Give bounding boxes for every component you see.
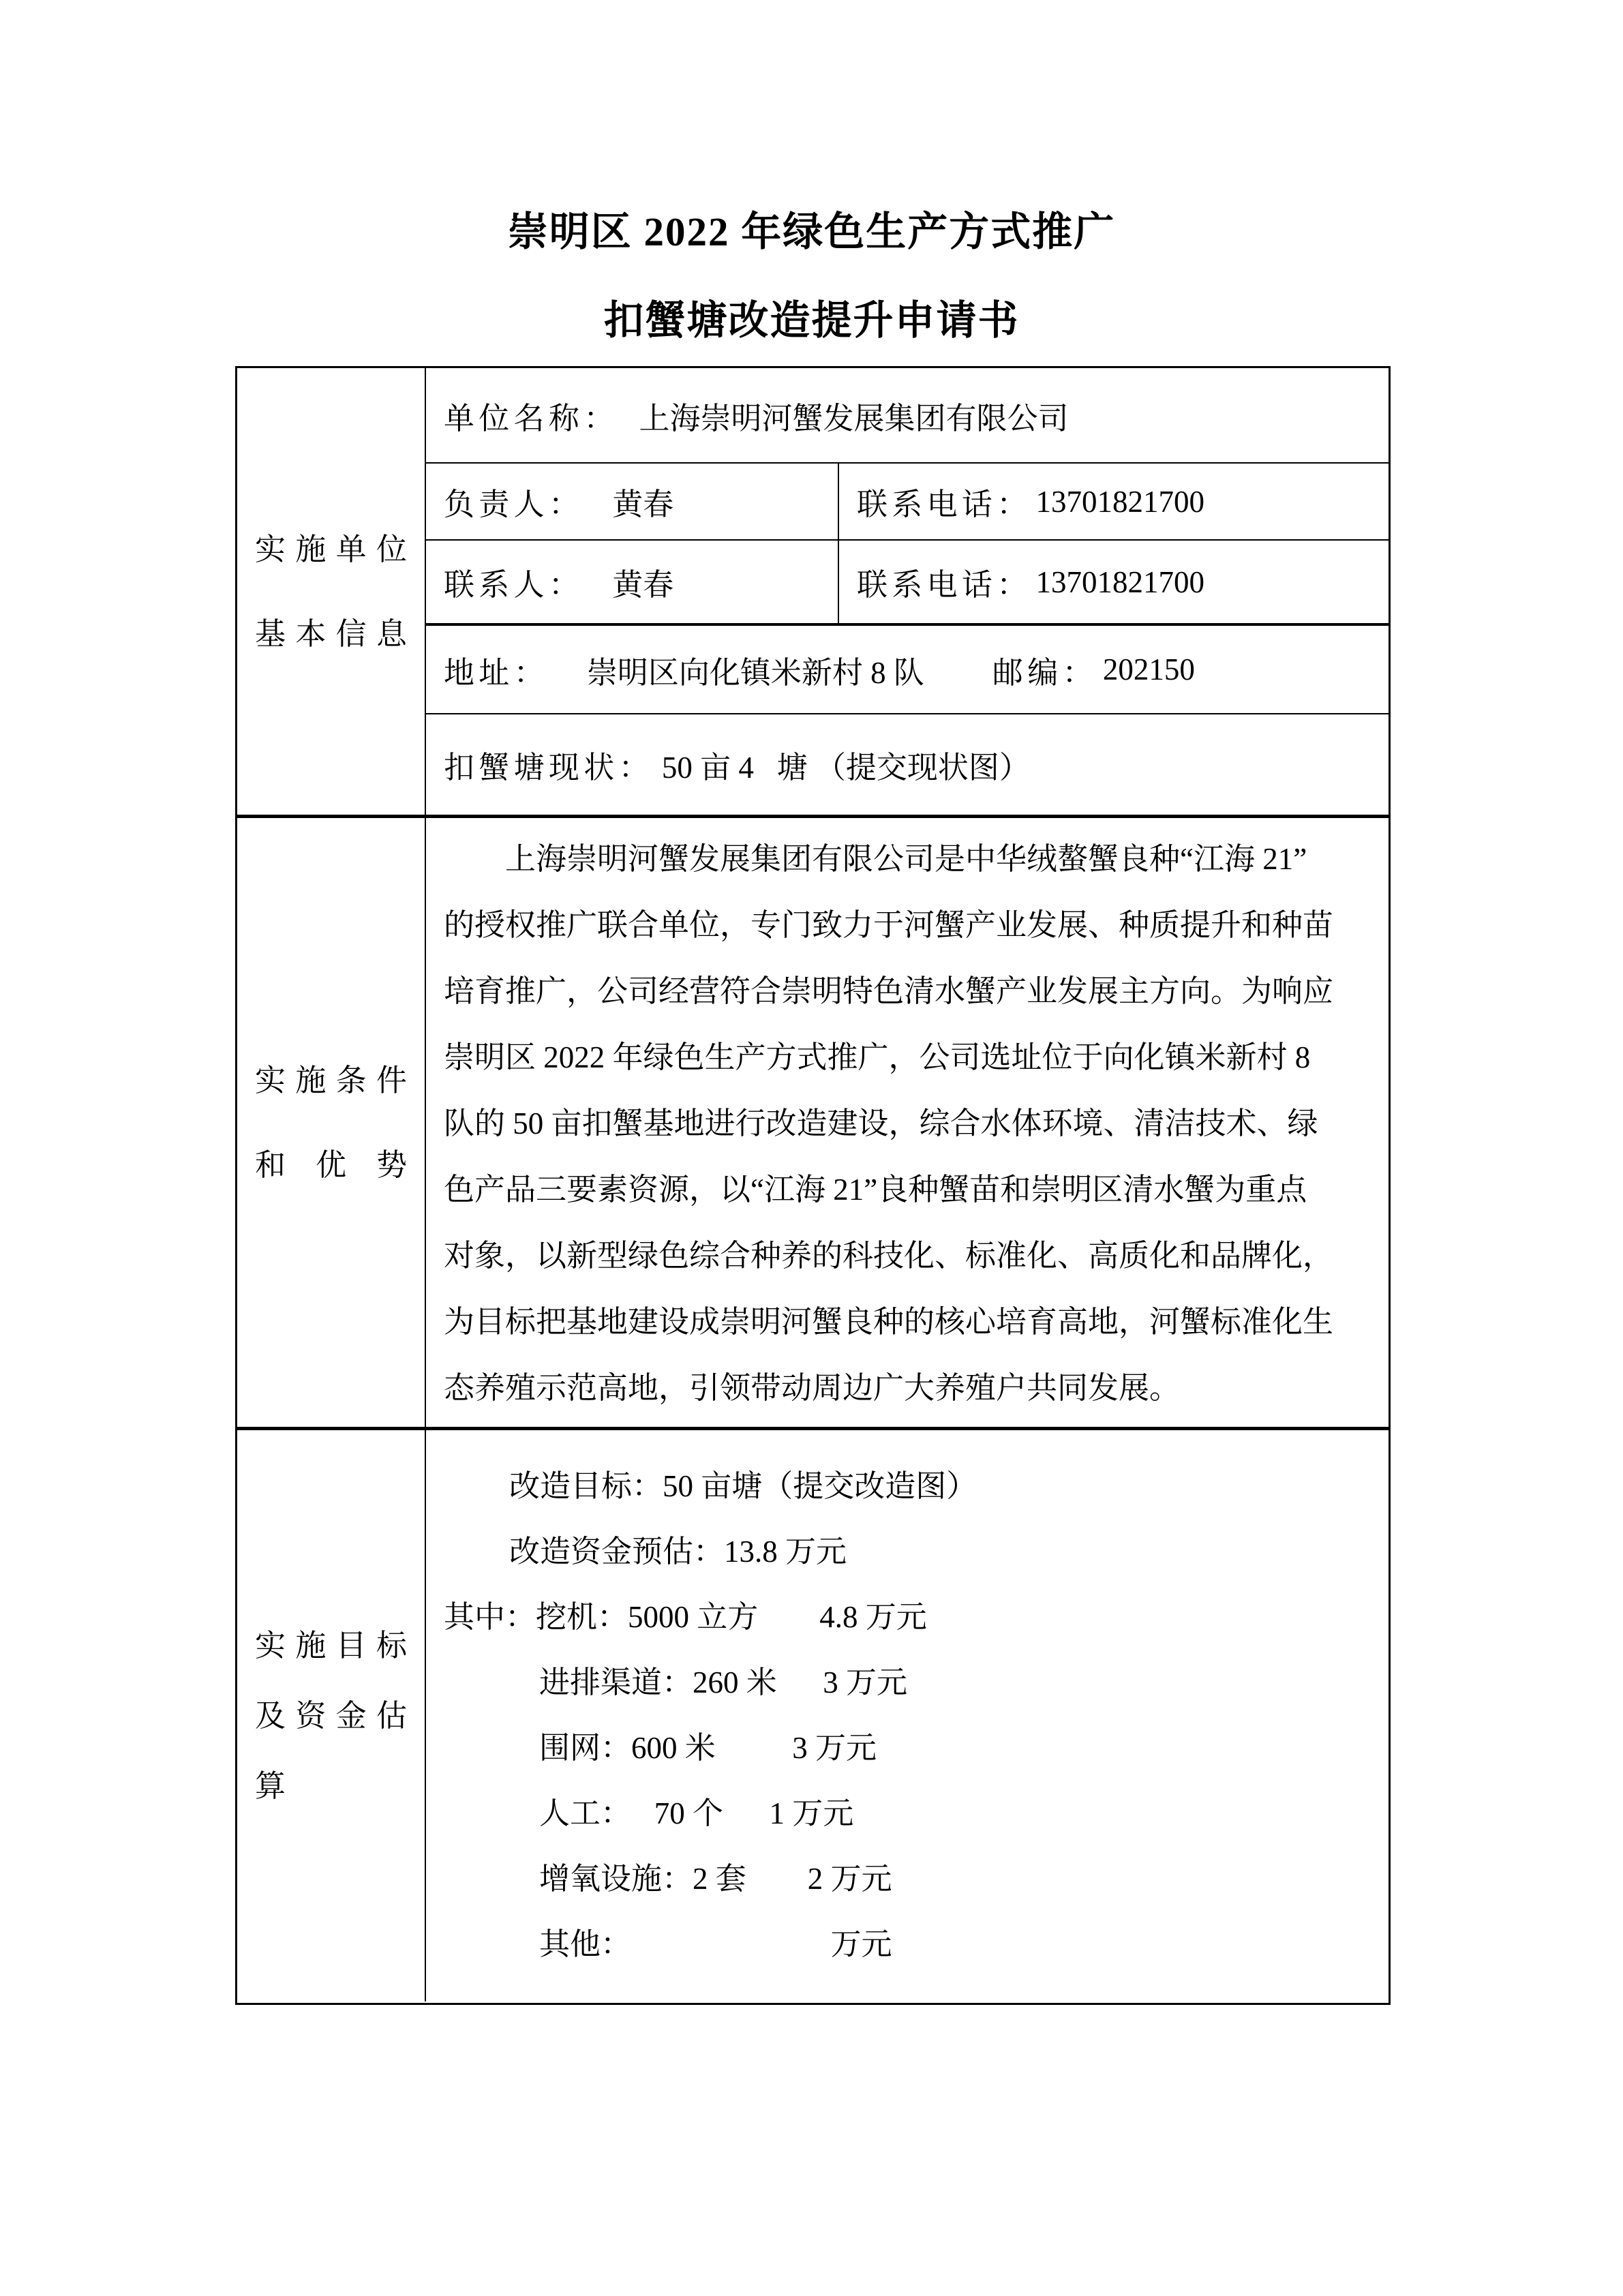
address-label: 地址： (444, 648, 549, 692)
contact-phone-value: 13701821700 (1036, 564, 1205, 600)
document-page: 崇明区 2022 年绿色生产方式推广 扣蟹塘改造提升申请书 实施单位 基本信息 … (0, 0, 1623, 2296)
paragraph-line: 队的 50 亩扣蟹基地进行改造建设，综合水体环境、清洁技术、绿 (444, 1091, 1370, 1157)
unit-name-label: 单位名称： (444, 393, 619, 438)
address-value: 崇明区向化镇米新村 8 队 (587, 648, 924, 692)
section-label-line: 算 (255, 1751, 407, 1822)
postcode-value: 202150 (1103, 652, 1195, 687)
row-principal: 负责人： 黄春 联系电话： 13701821700 (426, 464, 1389, 541)
section-label-line: 基本信息 (255, 592, 407, 676)
postcode-label: 邮编： (992, 648, 1097, 692)
principal-phone-label: 联系电话： (857, 479, 1032, 524)
section-conditions-advantages-content: 上海崇明河蟹发展集团有限公司是中华绒螯蟹良种“江海 21” 的授权推广联合单位，… (426, 818, 1389, 1427)
budget-line-channels: 进排渠道：260 米 3 万元 (444, 1650, 1370, 1715)
pond-status-value: 50 亩 4 塘 （提交现状图） (662, 742, 1030, 787)
section-label-line: 和优势 (255, 1123, 407, 1207)
contact-label: 联系人： (444, 560, 583, 604)
section-unit-basic-info-content: 单位名称： 上海崇明河蟹发展集团有限公司 负责人： 黄春 联系电话： 13701… (426, 368, 1389, 815)
address-cell: 地址： 崇明区向化镇米新村 8 队 邮编： 202150 (426, 626, 1389, 713)
paragraph-line: 的授权推广联合单位，专门致力于河蟹产业发展、种质提升和种苗 (444, 892, 1370, 958)
unit-name-value: 上海崇明河蟹发展集团有限公司 (639, 393, 1069, 438)
principal-phone-value: 13701821700 (1036, 484, 1205, 519)
paragraph-line: 为目标把基地建设成崇明河蟹良种的核心培育高地，河蟹标准化生 (444, 1289, 1370, 1355)
budget-line-goal: 改造目标：50 亩塘（提交改造图） (444, 1453, 1370, 1519)
section-goals-budget: 实施目标 及资金估 算 改造目标：50 亩塘（提交改造图） 改造资金预估：13.… (237, 1430, 1389, 2002)
budget-line-other: 其他： 万元 (444, 1912, 1370, 1977)
row-unit-name: 单位名称： 上海崇明河蟹发展集团有限公司 (426, 368, 1389, 464)
section-unit-basic-info: 实施单位 基本信息 单位名称： 上海崇明河蟹发展集团有限公司 负责人： 黄春 (237, 368, 1389, 818)
row-contact: 联系人： 黄春 联系电话： 13701821700 (426, 541, 1389, 626)
pond-status-label: 扣蟹塘现状： (444, 742, 654, 787)
principal-value: 黄春 (612, 479, 673, 524)
section-goals-budget-content: 改造目标：50 亩塘（提交改造图） 改造资金预估：13.8 万元 其中：挖机：5… (426, 1430, 1389, 2002)
unit-name-cell: 单位名称： 上海崇明河蟹发展集团有限公司 (426, 368, 1389, 462)
principal-cell: 负责人： 黄春 (426, 464, 839, 539)
application-table: 实施单位 基本信息 单位名称： 上海崇明河蟹发展集团有限公司 负责人： 黄春 (235, 366, 1391, 2005)
row-pond-status: 扣蟹塘现状： 50 亩 4 塘 （提交现状图） (426, 714, 1389, 815)
section-label-line: 及资金估 (255, 1681, 407, 1751)
document-title-line2: 扣蟹塘改造提升申请书 (0, 293, 1623, 348)
paragraph-line: 对象，以新型绿色综合种养的科技化、标准化、高质化和品牌化， (444, 1223, 1370, 1289)
budget-line-total-estimate: 改造资金预估：13.8 万元 (444, 1519, 1370, 1584)
row-address: 地址： 崇明区向化镇米新村 8 队 邮编： 202150 (426, 626, 1389, 714)
document-title-line1: 崇明区 2022 年绿色生产方式推广 (0, 205, 1623, 259)
contact-phone-cell: 联系电话： 13701821700 (839, 541, 1389, 623)
principal-label: 负责人： (444, 479, 583, 524)
paragraph-line: 崇明区 2022 年绿色生产方式推广，公司选址位于向化镇米新村 8 (444, 1025, 1370, 1091)
contact-cell: 联系人： 黄春 (426, 541, 839, 623)
section-label-conditions-advantages: 实施条件 和优势 (237, 818, 426, 1427)
budget-line-excavator: 其中：挖机：5000 立方 4.8 万元 (444, 1584, 1370, 1650)
budget-line-aeration: 增氧设施：2 套 2 万元 (444, 1846, 1370, 1912)
pond-status-cell: 扣蟹塘现状： 50 亩 4 塘 （提交现状图） (426, 714, 1389, 815)
section-label-line: 实施单位 (255, 507, 407, 592)
principal-phone-cell: 联系电话： 13701821700 (839, 464, 1389, 539)
contact-phone-label: 联系电话： (857, 560, 1032, 604)
section-label-unit-basic-info: 实施单位 基本信息 (237, 368, 426, 815)
section-conditions-advantages: 实施条件 和优势 上海崇明河蟹发展集团有限公司是中华绒螯蟹良种“江海 21” 的… (237, 818, 1389, 1430)
paragraph-line: 培育推广，公司经营符合崇明特色清水蟹产业发展主方向。为响应 (444, 958, 1370, 1025)
conditions-paragraph: 上海崇明河蟹发展集团有限公司是中华绒螯蟹良种“江海 21” 的授权推广联合单位，… (426, 818, 1389, 1421)
section-label-goals-budget: 实施目标 及资金估 算 (237, 1430, 426, 2002)
budget-line-fence-net: 围网：600 米 3 万元 (444, 1715, 1370, 1781)
section-label-line: 实施目标 (255, 1611, 407, 1681)
section-label-line: 实施条件 (255, 1038, 407, 1123)
paragraph-line: 态养殖示范高地，引领带动周边广大养殖户共同发展。 (444, 1355, 1370, 1421)
paragraph-line: 色产品三要素资源，以“江海 21”良种蟹苗和崇明区清水蟹为重点 (444, 1157, 1370, 1223)
budget-list: 改造目标：50 亩塘（提交改造图） 改造资金预估：13.8 万元 其中：挖机：5… (426, 1430, 1389, 1977)
budget-line-labor: 人工： 70 个 1 万元 (444, 1781, 1370, 1846)
contact-value: 黄春 (612, 560, 673, 604)
paragraph-line: 上海崇明河蟹发展集团有限公司是中华绒螯蟹良种“江海 21” (444, 826, 1370, 892)
